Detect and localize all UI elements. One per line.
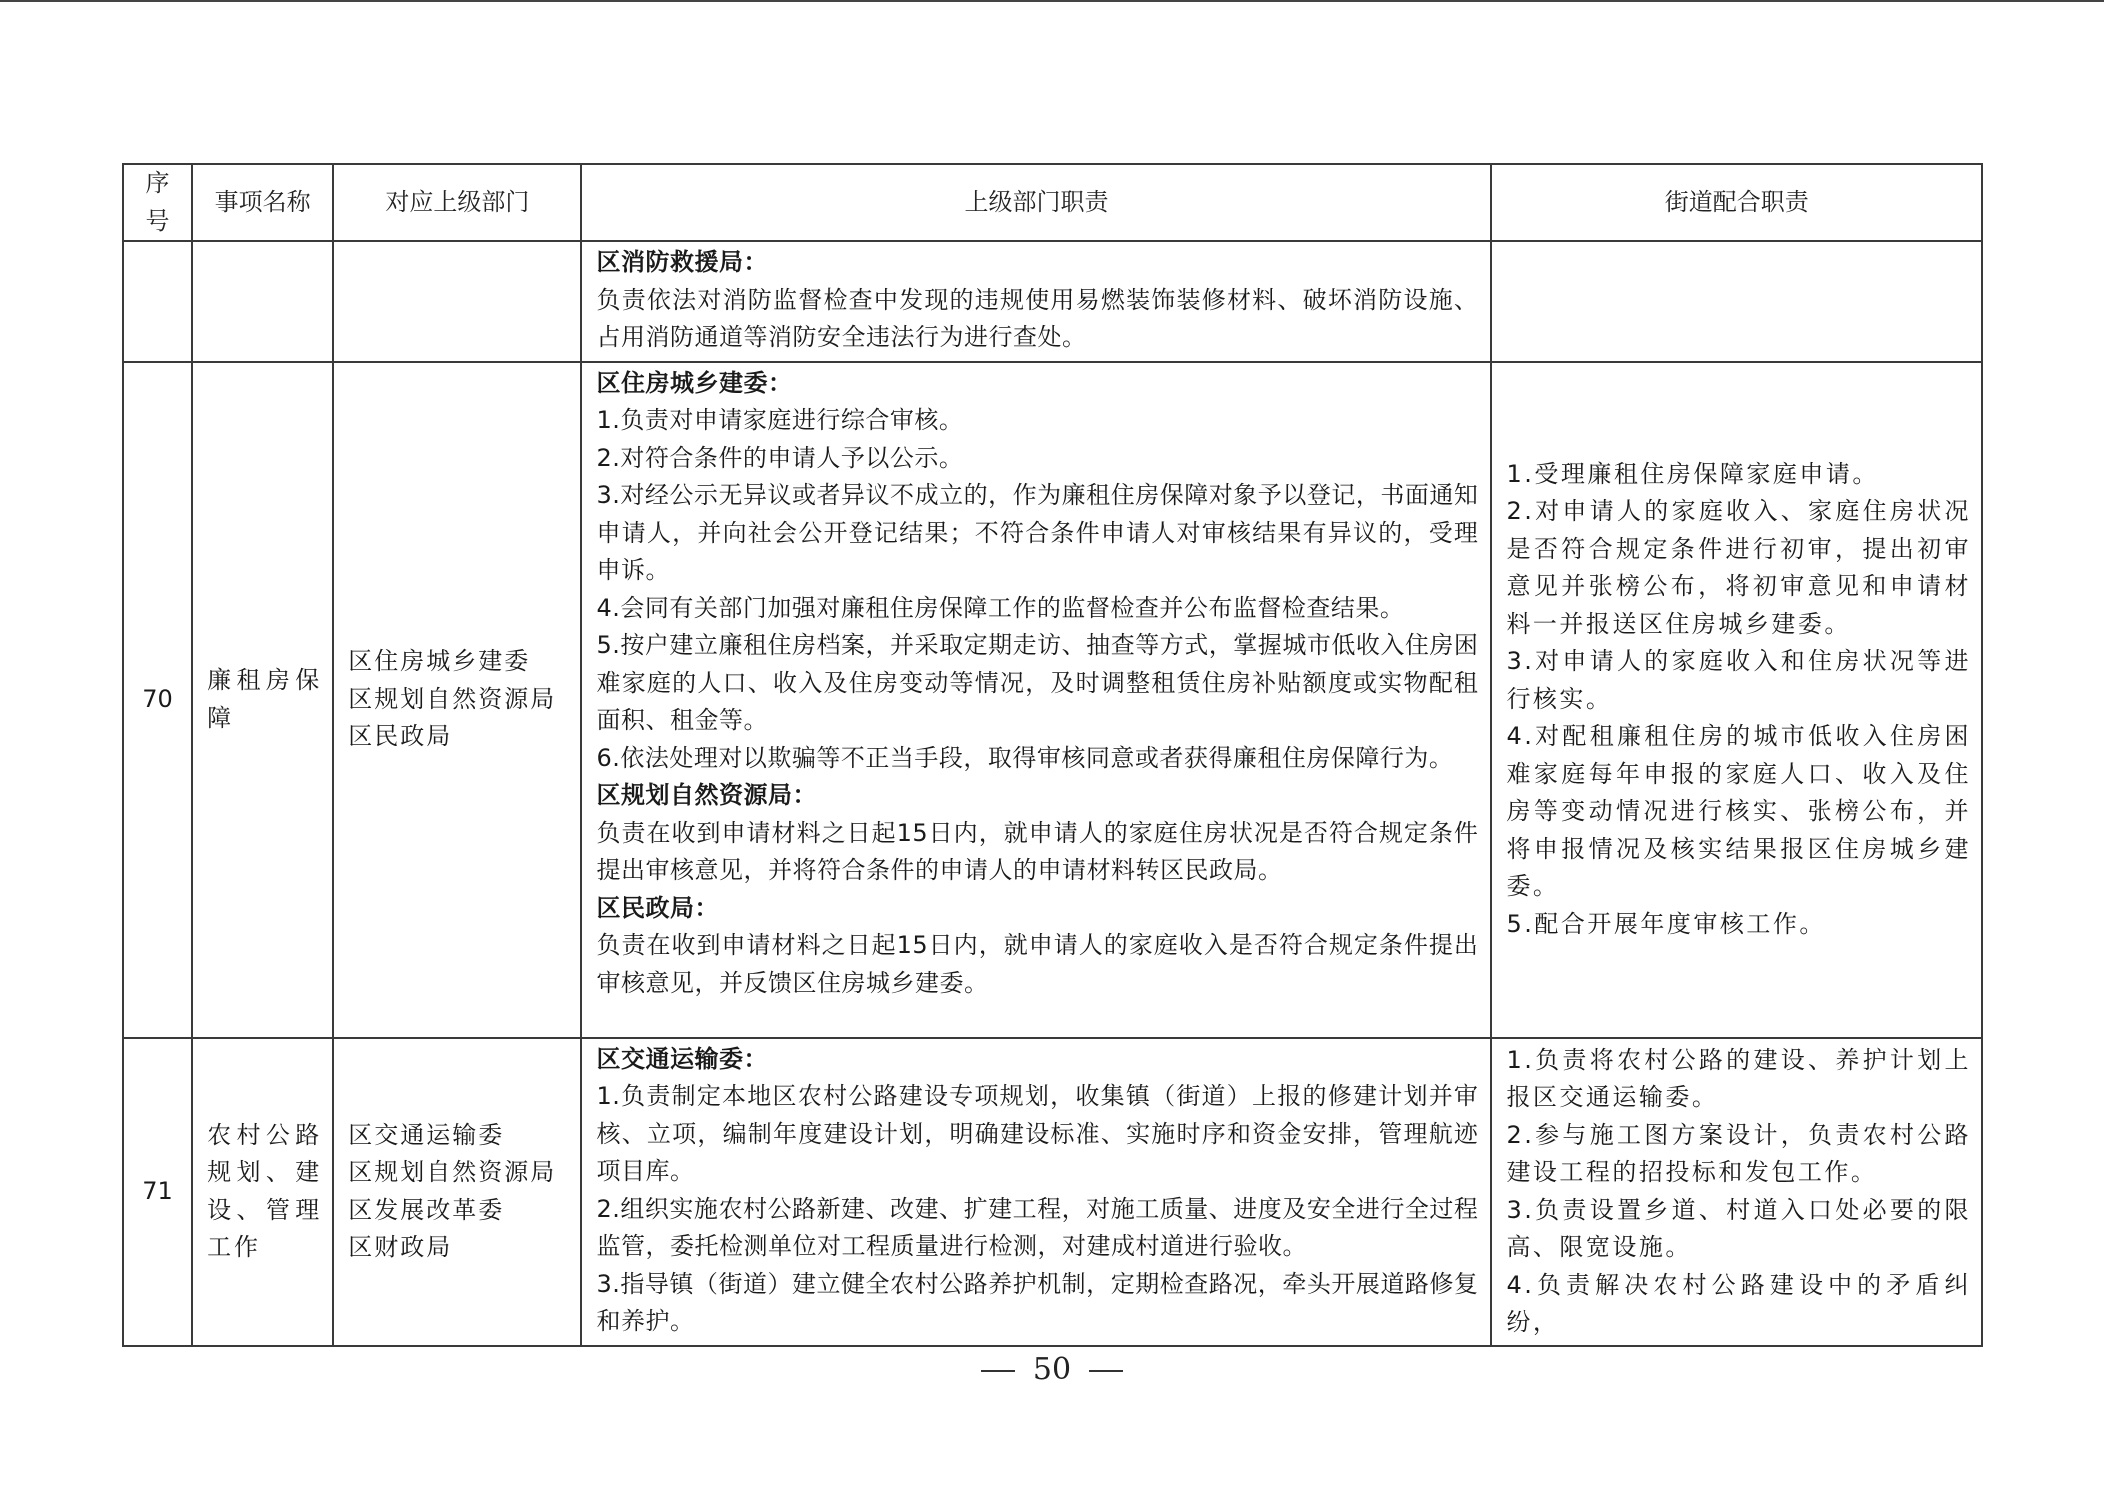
dept-item: 区住房城乡建委 (348, 643, 580, 681)
street-duty-item: 5.配合开展年度审核工作。 (1506, 906, 1971, 944)
header-no: 序 号 (123, 164, 192, 241)
row-no: 71 (123, 1038, 192, 1346)
table-header-row: 序 号 事项名称 对应上级部门 上级部门职责 街道配合职责 (123, 164, 1982, 241)
duty-item: 5.按户建立廉租住房档案，并采取定期走访、抽查等方式，掌握城市低收入住房困难家庭… (596, 627, 1478, 740)
dash-right (1089, 1370, 1123, 1372)
duty-item: 负责在收到申请材料之日起15日内，就申请人的家庭收入是否符合规定条件提出审核意见… (596, 927, 1478, 1002)
header-superior-dept: 对应上级部门 (333, 164, 581, 241)
street-duty-item: 4.负责解决农村公路建设中的矛盾纠纷， (1506, 1267, 1971, 1342)
row-no: 70 (123, 362, 192, 1038)
row-street-duty: 1.负责将农村公路的建设、养护计划上报区交通运输委。 2.参与施工图方案设计，负… (1491, 1038, 1982, 1346)
header-item-name: 事项名称 (192, 164, 333, 241)
street-duty-item: 3.对申请人的家庭收入和住房状况等进行核实。 (1506, 643, 1971, 718)
row-superior-duty: 区住房城乡建委： 1.负责对申请家庭进行综合审核。 2.对符合条件的申请人予以公… (581, 362, 1491, 1038)
duty-item: 3.指导镇（街道）建立健全农村公路养护机制，定期检查路况，牵头开展道路修复和养护… (596, 1266, 1478, 1341)
dept-item: 区发展改革委 (348, 1192, 580, 1230)
duty-dept-heading: 区交通运输委： (596, 1041, 1478, 1079)
street-duty-item: 3.负责设置乡道、村道入口处必要的限高、限宽设施。 (1506, 1192, 1971, 1267)
street-duty-item: 2.参与施工图方案设计，负责农村公路建设工程的招投标和发包工作。 (1506, 1117, 1971, 1192)
duty-dept-heading: 区住房城乡建委： (596, 365, 1478, 403)
duty-dept-heading: 区规划自然资源局： (596, 777, 1478, 815)
row-superior-duty: 区消防救援局： 负责依法对消防监督检查中发现的违规使用易燃装饰装修材料、破坏消防… (581, 241, 1491, 362)
duty-item: 2.对符合条件的申请人予以公示。 (596, 440, 1478, 478)
dash-left (981, 1370, 1015, 1372)
duty-dept-heading: 区消防救援局： (596, 244, 1478, 282)
row-item-name: 农村公路规划、建设、管理工作 (192, 1038, 333, 1346)
page-number: 50 (1033, 1352, 1071, 1387)
street-duty-item: 1.受理廉租住房保障家庭申请。 (1506, 456, 1971, 494)
page-top-rule (0, 0, 2104, 2)
duty-dept-heading: 区民政局： (596, 890, 1478, 928)
page-footer: 50 (0, 1352, 2104, 1387)
dept-item: 区民政局 (348, 718, 580, 756)
row-street-duty: 1.受理廉租住房保障家庭申请。 2.对申请人的家庭收入、家庭住房状况是否符合规定… (1491, 362, 1982, 1038)
table-row: 71 农村公路规划、建设、管理工作 区交通运输委 区规划自然资源局 区发展改革委… (123, 1038, 1982, 1346)
row-depts: 区住房城乡建委 区规划自然资源局 区民政局 (333, 362, 581, 1038)
header-street-duty: 街道配合职责 (1491, 164, 1982, 241)
street-duty-item: 4.对配租廉租住房的城市低收入住房困难家庭每年申报的家庭人口、收入及住房等变动情… (1506, 718, 1971, 906)
duty-item: 1.负责制定本地区农村公路建设专项规划，收集镇（街道）上报的修建计划并审核、立项… (596, 1078, 1478, 1191)
duty-table: 序 号 事项名称 对应上级部门 上级部门职责 街道配合职责 区消防救援局： 负责… (122, 163, 1983, 1347)
dept-item: 区规划自然资源局 (348, 681, 580, 719)
row-street-duty (1491, 241, 1982, 362)
table-row: 区消防救援局： 负责依法对消防监督检查中发现的违规使用易燃装饰装修材料、破坏消防… (123, 241, 1982, 362)
table-row: 70 廉租房保障 区住房城乡建委 区规划自然资源局 区民政局 区住房城乡建委： … (123, 362, 1982, 1038)
header-superior-duty: 上级部门职责 (581, 164, 1491, 241)
duty-item: 4.会同有关部门加强对廉租住房保障工作的监督检查并公布监督检查结果。 (596, 590, 1478, 628)
duty-item: 3.对经公示无异议或者异议不成立的，作为廉租住房保障对象予以登记，书面通知申请人… (596, 477, 1478, 590)
dept-item: 区规划自然资源局 (348, 1154, 580, 1192)
duty-item: 6.依法处理对以欺骗等不正当手段，取得审核同意或者获得廉租住房保障行为。 (596, 740, 1478, 778)
duty-item: 2.组织实施农村公路新建、改建、扩建工程，对施工质量、进度及安全进行全过程监管，… (596, 1191, 1478, 1266)
duty-item: 负责依法对消防监督检查中发现的违规使用易燃装饰装修材料、破坏消防设施、占用消防通… (596, 282, 1478, 357)
duty-item: 1.负责对申请家庭进行综合审核。 (596, 402, 1478, 440)
row-depts: 区交通运输委 区规划自然资源局 区发展改革委 区财政局 (333, 1038, 581, 1346)
row-depts (333, 241, 581, 362)
dept-item: 区交通运输委 (348, 1117, 580, 1155)
dept-item: 区财政局 (348, 1229, 580, 1267)
row-superior-duty: 区交通运输委： 1.负责制定本地区农村公路建设专项规划，收集镇（街道）上报的修建… (581, 1038, 1491, 1346)
duty-item: 负责在收到申请材料之日起15日内，就申请人的家庭住房状况是否符合规定条件提出审核… (596, 815, 1478, 890)
row-no (123, 241, 192, 362)
row-item-name: 廉租房保障 (192, 362, 333, 1038)
street-duty-item: 1.负责将农村公路的建设、养护计划上报区交通运输委。 (1506, 1042, 1971, 1117)
row-item-name (192, 241, 333, 362)
street-duty-item: 2.对申请人的家庭收入、家庭住房状况是否符合规定条件进行初审，提出初审意见并张榜… (1506, 493, 1971, 643)
